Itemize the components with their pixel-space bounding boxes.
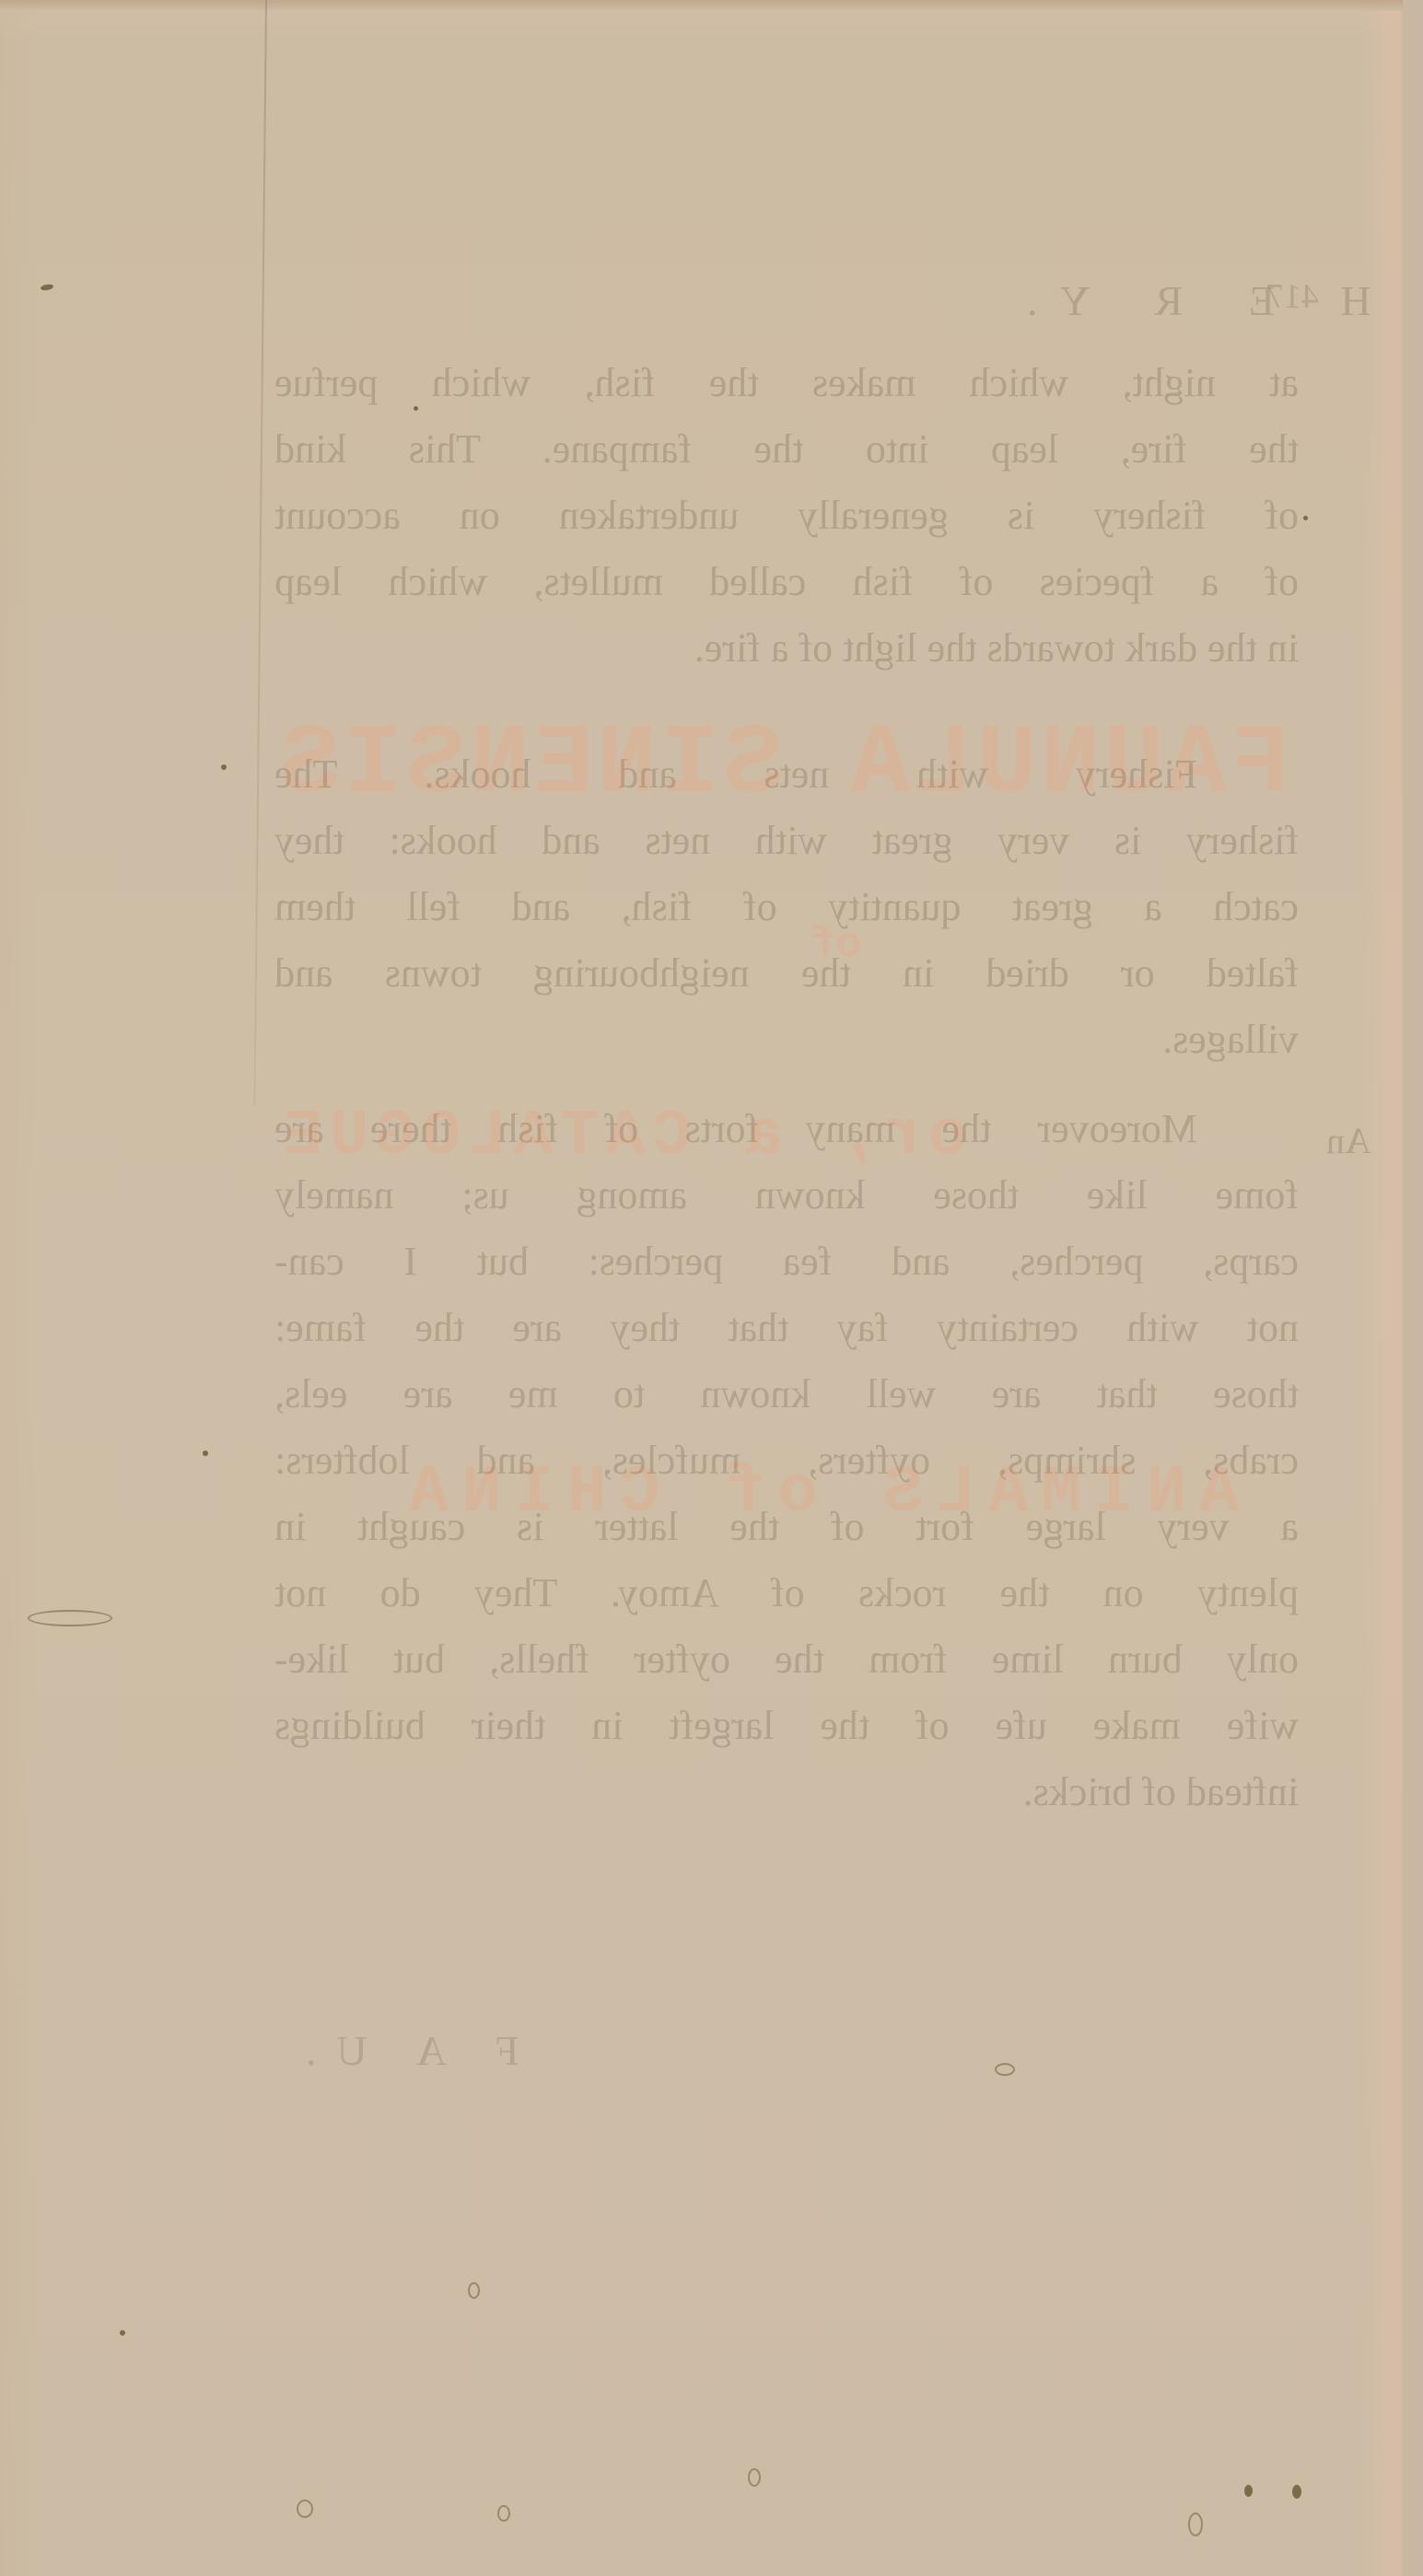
paper-inclusion (468, 2282, 480, 2299)
paper-speck (41, 284, 54, 291)
book-page: F I S H E R Y. 417 FAUNULA SINENSIS of o… (0, 0, 1423, 2576)
text-line: villages. (274, 1007, 1299, 1073)
paragraph-fish-species: Moreover the many forts of fish there ar… (274, 1096, 1299, 1825)
text-line: catch a great quantity of fish, and fell… (274, 874, 1299, 940)
paper-inclusion (995, 2063, 1015, 2076)
text-line: in the dark towards the light of a fire. (274, 615, 1299, 682)
text-line: a very large fort of the latter is caugh… (274, 1494, 1299, 1560)
text-line: of a fpecies of fish called mullets, whi… (274, 549, 1299, 615)
text-line: the fire, leap into the fampane. This ki… (274, 416, 1299, 483)
paper-speck (1303, 516, 1308, 520)
running-header: F I S H E R Y. (999, 276, 1423, 325)
paper-inclusion (297, 2500, 313, 2518)
text-line: wife make ufe of the largeft in their bu… (274, 1693, 1299, 1759)
text-line: of fishery is generally undertaken on ac… (274, 483, 1299, 549)
paper-speck (414, 406, 418, 411)
catchword: F A U. (286, 2026, 519, 2075)
page-crease (253, 0, 267, 1105)
text-line: at night, which makes the fish, which pe… (274, 350, 1299, 416)
paper-speck (1292, 2485, 1301, 2499)
text-line: plenty on the rocks of Amoy. They do not (274, 1560, 1299, 1626)
paper-speck (1244, 2485, 1253, 2497)
text-line: crabs, shrimps, oyfters, mufcles, and lo… (274, 1428, 1299, 1494)
text-line: Fishery with nets and hooks. The (274, 741, 1299, 808)
text-line: inftead of bricks. (274, 1759, 1299, 1825)
paper-speck (120, 2330, 125, 2336)
paper-inclusion (28, 1610, 112, 1626)
text-line: those that are well known to me are eels… (274, 1361, 1299, 1428)
paper-inclusion (1188, 2512, 1203, 2536)
text-line: only burn lime from the oyfter fhells, b… (274, 1626, 1299, 1693)
text-line: falted or dried in the neighbouring town… (274, 940, 1299, 1007)
text-line: carps, perches, and fea perches: but I c… (274, 1229, 1299, 1295)
paper-inclusion (748, 2468, 761, 2487)
paragraph-night-fishing: at night, which makes the fish, which pe… (274, 350, 1299, 682)
paper-speck (203, 1451, 208, 1456)
text-line: fishery is very great with nets and hook… (274, 808, 1299, 874)
page-binding-edge (1403, 0, 1423, 2576)
paper-speck (221, 764, 227, 770)
paragraph-nets-hooks: Fishery with nets and hooks. The fishery… (274, 741, 1299, 1073)
page-top-edge (0, 0, 1423, 11)
text-line: not with certainty fay that they are the… (274, 1295, 1299, 1361)
text-line: Moreover the many forts of fish there ar… (274, 1096, 1299, 1162)
margin-note: An (1326, 1119, 1371, 1162)
page-number: 417 (1266, 276, 1319, 317)
paper-inclusion (497, 2505, 510, 2522)
text-line: fome like those known among us; namely (274, 1162, 1299, 1229)
